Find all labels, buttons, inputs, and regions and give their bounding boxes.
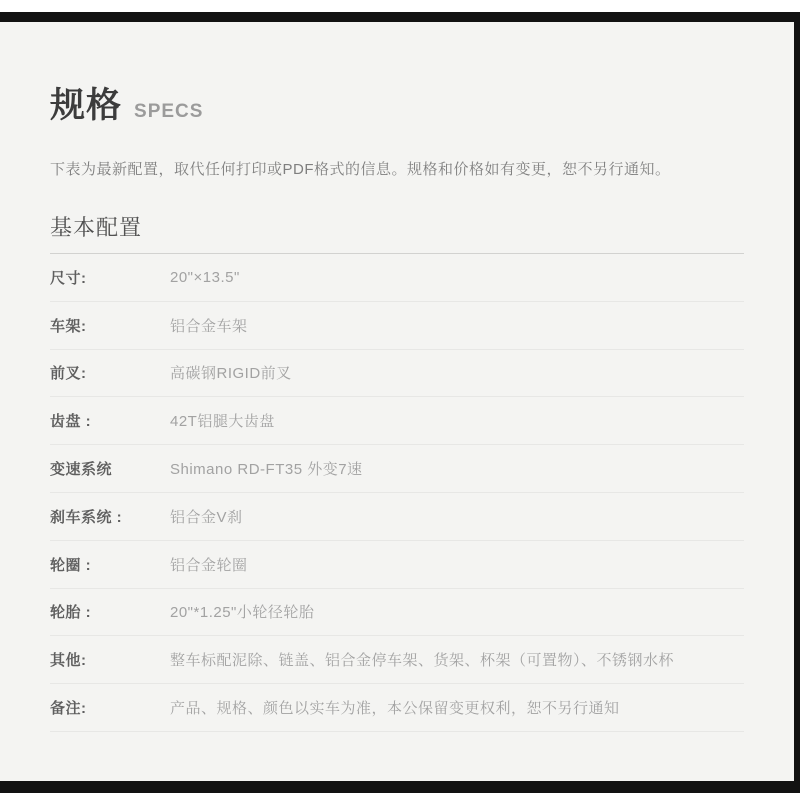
spec-value: 产品、规格、颜色以实车为准，本公保留变更权利，恕不另行通知 <box>170 697 620 718</box>
spec-label: 齿盘 : <box>50 410 170 431</box>
spec-row-drivetrain: 变速系统 Shimano RD-FT35 外变7速 <box>50 445 744 493</box>
spec-label: 变速系统 <box>50 458 170 479</box>
page-title-sub: SPECS <box>134 101 203 123</box>
spec-label: 备注: <box>50 697 170 718</box>
letterbox-top-bar <box>0 12 800 22</box>
spec-row-remarks: 备注: 产品、规格、颜色以实车为准，本公保留变更权利，恕不另行通知 <box>50 684 744 732</box>
spec-label: 轮圈 : <box>50 554 170 575</box>
spec-value: 高碳钢RIGID前叉 <box>170 362 292 383</box>
spec-label: 前叉: <box>50 362 170 383</box>
spec-value: 铝合金车架 <box>170 315 248 336</box>
spec-value: 铝合金V刹 <box>170 506 243 527</box>
spec-value: 42T铝腿大齿盘 <box>170 410 275 431</box>
specs-note: 下表为最新配置，取代任何打印或PDF格式的信息。规格和价格如有变更，恕不另行通知… <box>50 158 744 179</box>
spec-label: 刹车系统 : <box>50 506 170 527</box>
spec-row-tires: 轮胎 : 20"*1.25"小轮径轮胎 <box>50 589 744 637</box>
spec-value: 20"*1.25"小轮径轮胎 <box>170 601 314 622</box>
spec-row-fork: 前叉: 高碳钢RIGID前叉 <box>50 350 744 398</box>
section-header-basic-config: 基本配置 <box>50 211 744 254</box>
spec-label: 尺寸: <box>50 267 170 288</box>
spec-table: 尺寸: 20"×13.5" 车架: 铝合金车架 前叉: 高碳钢RIGID前叉 齿… <box>50 254 744 732</box>
spec-value: 整车标配泥除、链盖、铝合金停车架、货架、杯架（可置物）、不锈钢水杯 <box>170 649 674 670</box>
page-title: 规格 <box>50 78 122 128</box>
spec-row-other: 其他: 整车标配泥除、链盖、铝合金停车架、货架、杯架（可置物）、不锈钢水杯 <box>50 636 744 684</box>
spec-row-frame: 车架: 铝合金车架 <box>50 302 744 350</box>
spec-value: 20"×13.5" <box>170 269 240 286</box>
spec-value: Shimano RD-FT35 外变7速 <box>170 458 363 479</box>
page-title-row: 规格 SPECS <box>50 78 744 128</box>
spec-label: 车架: <box>50 315 170 336</box>
spec-label: 其他: <box>50 649 170 670</box>
spec-row-brakes: 刹车系统 : 铝合金V刹 <box>50 493 744 541</box>
spec-label: 轮胎 : <box>50 601 170 622</box>
specs-page: 规格 SPECS 下表为最新配置，取代任何打印或PDF格式的信息。规格和价格如有… <box>0 22 794 781</box>
letterbox-bottom-bar <box>0 781 800 793</box>
spec-row-size: 尺寸: 20"×13.5" <box>50 254 744 302</box>
spec-row-rims: 轮圈 : 铝合金轮圈 <box>50 541 744 589</box>
specs-content: 规格 SPECS 下表为最新配置，取代任何打印或PDF格式的信息。规格和价格如有… <box>0 22 794 732</box>
spec-row-chainring: 齿盘 : 42T铝腿大齿盘 <box>50 397 744 445</box>
spec-value: 铝合金轮圈 <box>170 554 248 575</box>
letterbox-right-bar <box>794 12 800 793</box>
